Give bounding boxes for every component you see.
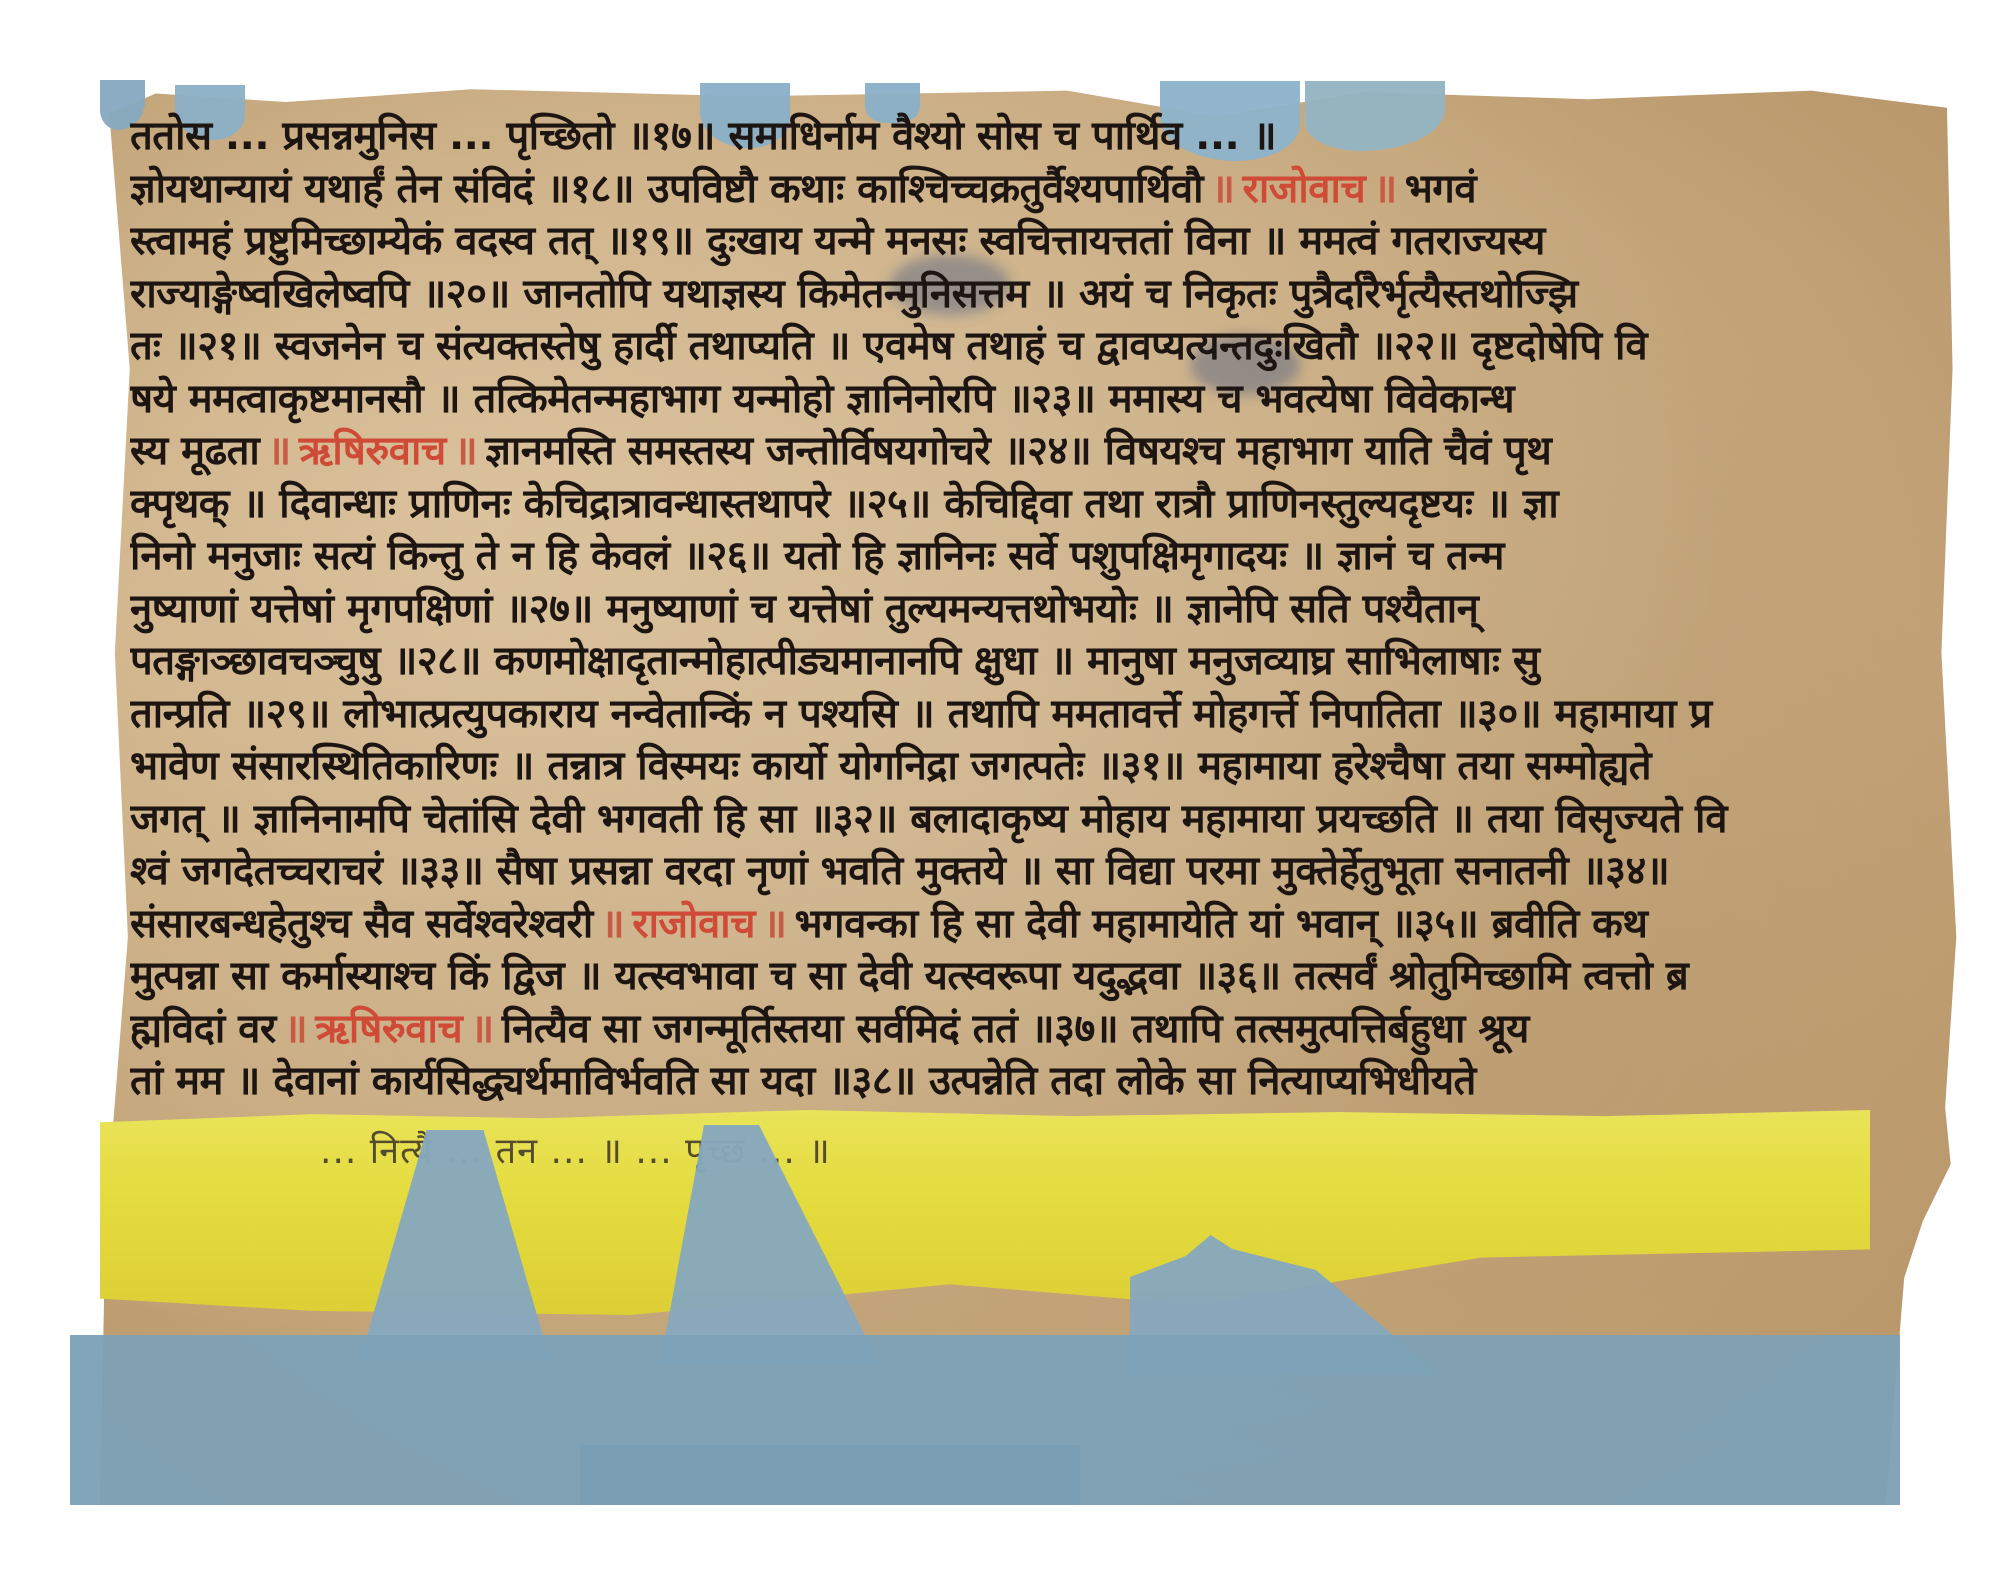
manuscript-line: मुत्पन्ना सा कर्मास्याश्च किं द्विज ॥ यत… <box>130 950 1920 1003</box>
manuscript-line: स्त्वामहं प्रष्टुमिच्छाम्येकं वदस्व तत् … <box>130 215 1920 268</box>
blue-backing-paper <box>580 1445 1080 1505</box>
manuscript-line: स्य मूढता॥ऋषिरुवाच॥ज्ञानमस्ति समस्तस्य ज… <box>130 425 1920 478</box>
manuscript-line: पतङ्गाञ्छावचञ्चुषु ॥२८॥ कणमोक्षादृतान्मो… <box>130 635 1920 688</box>
rubric: ऋषिरुवाच <box>299 428 446 474</box>
manuscript-line: ह्मविदां वर॥ऋषिरुवाच॥नित्यैव सा जगन्मूर्… <box>130 1003 1920 1056</box>
manuscript-line: भावेण संसारस्थितिकारिणः ॥ तन्नात्र विस्म… <box>130 740 1920 793</box>
manuscript-text: ततोस ... प्रसन्नमुनिस ... पृच्छितो ॥१७॥ … <box>130 110 1920 1108</box>
manuscript-line: संसारबन्धहेतुश्च सैव सर्वेश्वरेश्वरी॥राज… <box>130 898 1920 951</box>
manuscript-line: तः ॥२१॥ स्वजनेन च संत्यक्तस्तेषु हार्दी … <box>130 320 1920 373</box>
manuscript-line: क्पृथक् ॥ दिवान्धाः प्राणिनः केचिद्रात्र… <box>130 478 1920 531</box>
manuscript-line: नुष्याणां यत्तेषां मृगपक्षिणां ॥२७॥ मनुष… <box>130 583 1920 636</box>
manuscript-line: जगत् ॥ ज्ञानिनामपि चेतांसि देवी भगवती हि… <box>130 793 1920 846</box>
manuscript-line: ज्ञोयथान्यायं यथार्हं तेन संविदं ॥१८॥ उप… <box>130 163 1920 216</box>
manuscript-line: निनो मनुजाः सत्यं किन्तु ते न हि केवलं ॥… <box>130 530 1920 583</box>
manuscript-line: श्वं जगदेतच्चराचरं ॥३३॥ सैषा प्रसन्ना वर… <box>130 845 1920 898</box>
manuscript-line: राज्याङ्गेष्वखिलेष्वपि ॥२०॥ जानतोपि यथाज… <box>130 268 1920 321</box>
rubric: राजोवाच <box>1242 166 1365 212</box>
rubric: राजोवाच <box>632 901 755 947</box>
manuscript-line: तान्प्रति ॥२९॥ लोभात्प्रत्युपकाराय नन्वे… <box>130 688 1920 741</box>
manuscript-line: ततोस ... प्रसन्नमुनिस ... पृच्छितो ॥१७॥ … <box>130 110 1920 163</box>
manuscript-line: षये ममत्वाकृष्टमानसौ ॥ तत्किमेतन्महाभाग … <box>130 373 1920 426</box>
manuscript-line: तां मम ॥ देवानां कार्यसिद्ध्यर्थमाविर्भव… <box>130 1055 1920 1108</box>
manuscript-folio: ततोस ... प्रसन्नमुनिस ... पृच्छितो ॥१७॥ … <box>100 85 1960 1505</box>
rubric: ऋषिरुवाच <box>315 1006 462 1052</box>
